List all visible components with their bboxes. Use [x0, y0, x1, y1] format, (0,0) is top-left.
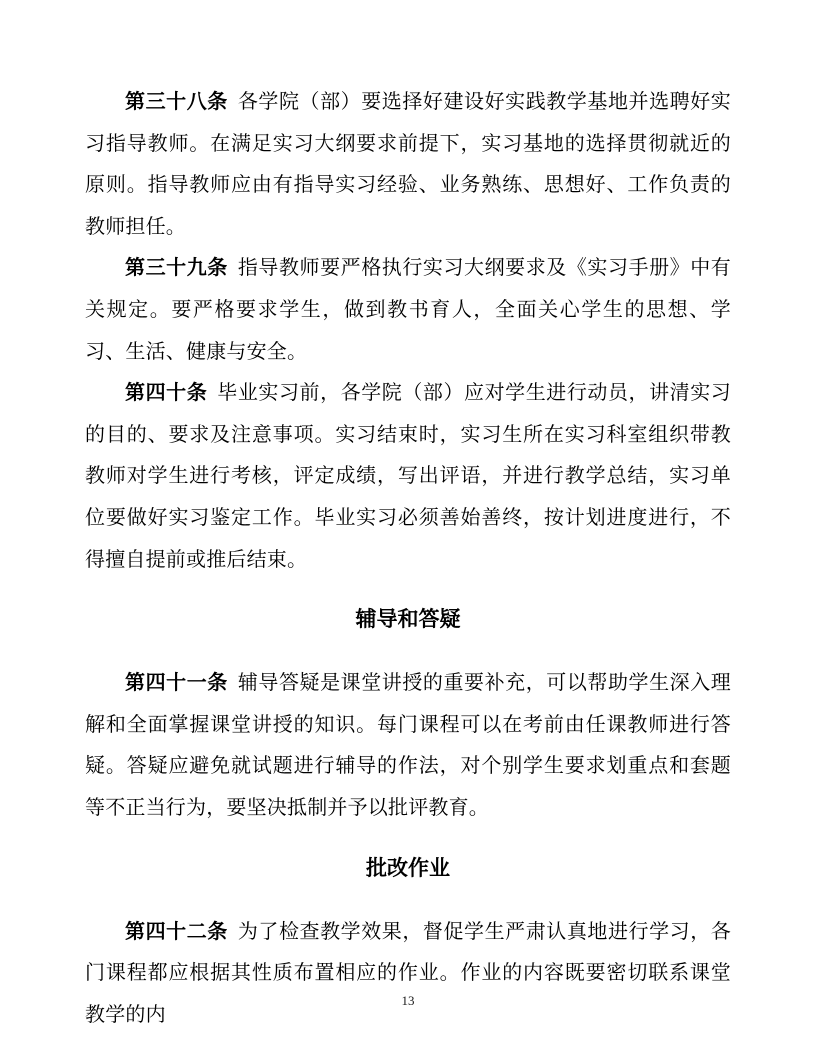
section-heading-tutoring: 辅导和答疑 — [85, 598, 731, 640]
article-39-number: 第三十九条 — [125, 257, 228, 279]
article-41-number: 第四十一条 — [125, 672, 228, 694]
paragraph-article-39: 第三十九条指导教师要严格执行实习大纲要求及《实习手册》中有关规定。要严格要求学生… — [85, 248, 731, 373]
paragraph-article-42: 第四十二条为了检查教学效果，督促学生严肃认真地进行学习，各门课程都应根据其性质布… — [85, 912, 731, 1037]
document-body: 第三十八条各学院（部）要选择好建设好实践教学基地并选聘好实习指导教师。在满足实习… — [85, 82, 731, 1036]
article-40-text: 毕业实习前，各学院（部）应对学生进行动员，讲清实习的目的、要求及注意事项。实习结… — [85, 382, 731, 570]
page-number: 13 — [0, 993, 816, 1009]
article-41-text: 辅导答疑是课堂讲授的重要补充，可以帮助学生深入理解和全面掌握课堂讲授的知识。每门… — [85, 672, 731, 819]
paragraph-article-38: 第三十八条各学院（部）要选择好建设好实践教学基地并选聘好实习指导教师。在满足实习… — [85, 82, 731, 248]
document-page: 第三十八条各学院（部）要选择好建设好实践教学基地并选聘好实习指导教师。在满足实习… — [0, 0, 816, 1056]
article-38-text: 各学院（部）要选择好建设好实践教学基地并选聘好实习指导教师。在满足实习大纲要求前… — [85, 91, 731, 238]
article-42-number: 第四十二条 — [125, 921, 228, 943]
section-heading-homework: 批改作业 — [85, 847, 731, 889]
paragraph-article-40: 第四十条毕业实习前，各学院（部）应对学生进行动员，讲清实习的目的、要求及注意事项… — [85, 373, 731, 581]
paragraph-article-41: 第四十一条辅导答疑是课堂讲授的重要补充，可以帮助学生深入理解和全面掌握课堂讲授的… — [85, 663, 731, 829]
article-38-number: 第三十八条 — [125, 91, 228, 113]
article-40-number: 第四十条 — [125, 382, 207, 404]
